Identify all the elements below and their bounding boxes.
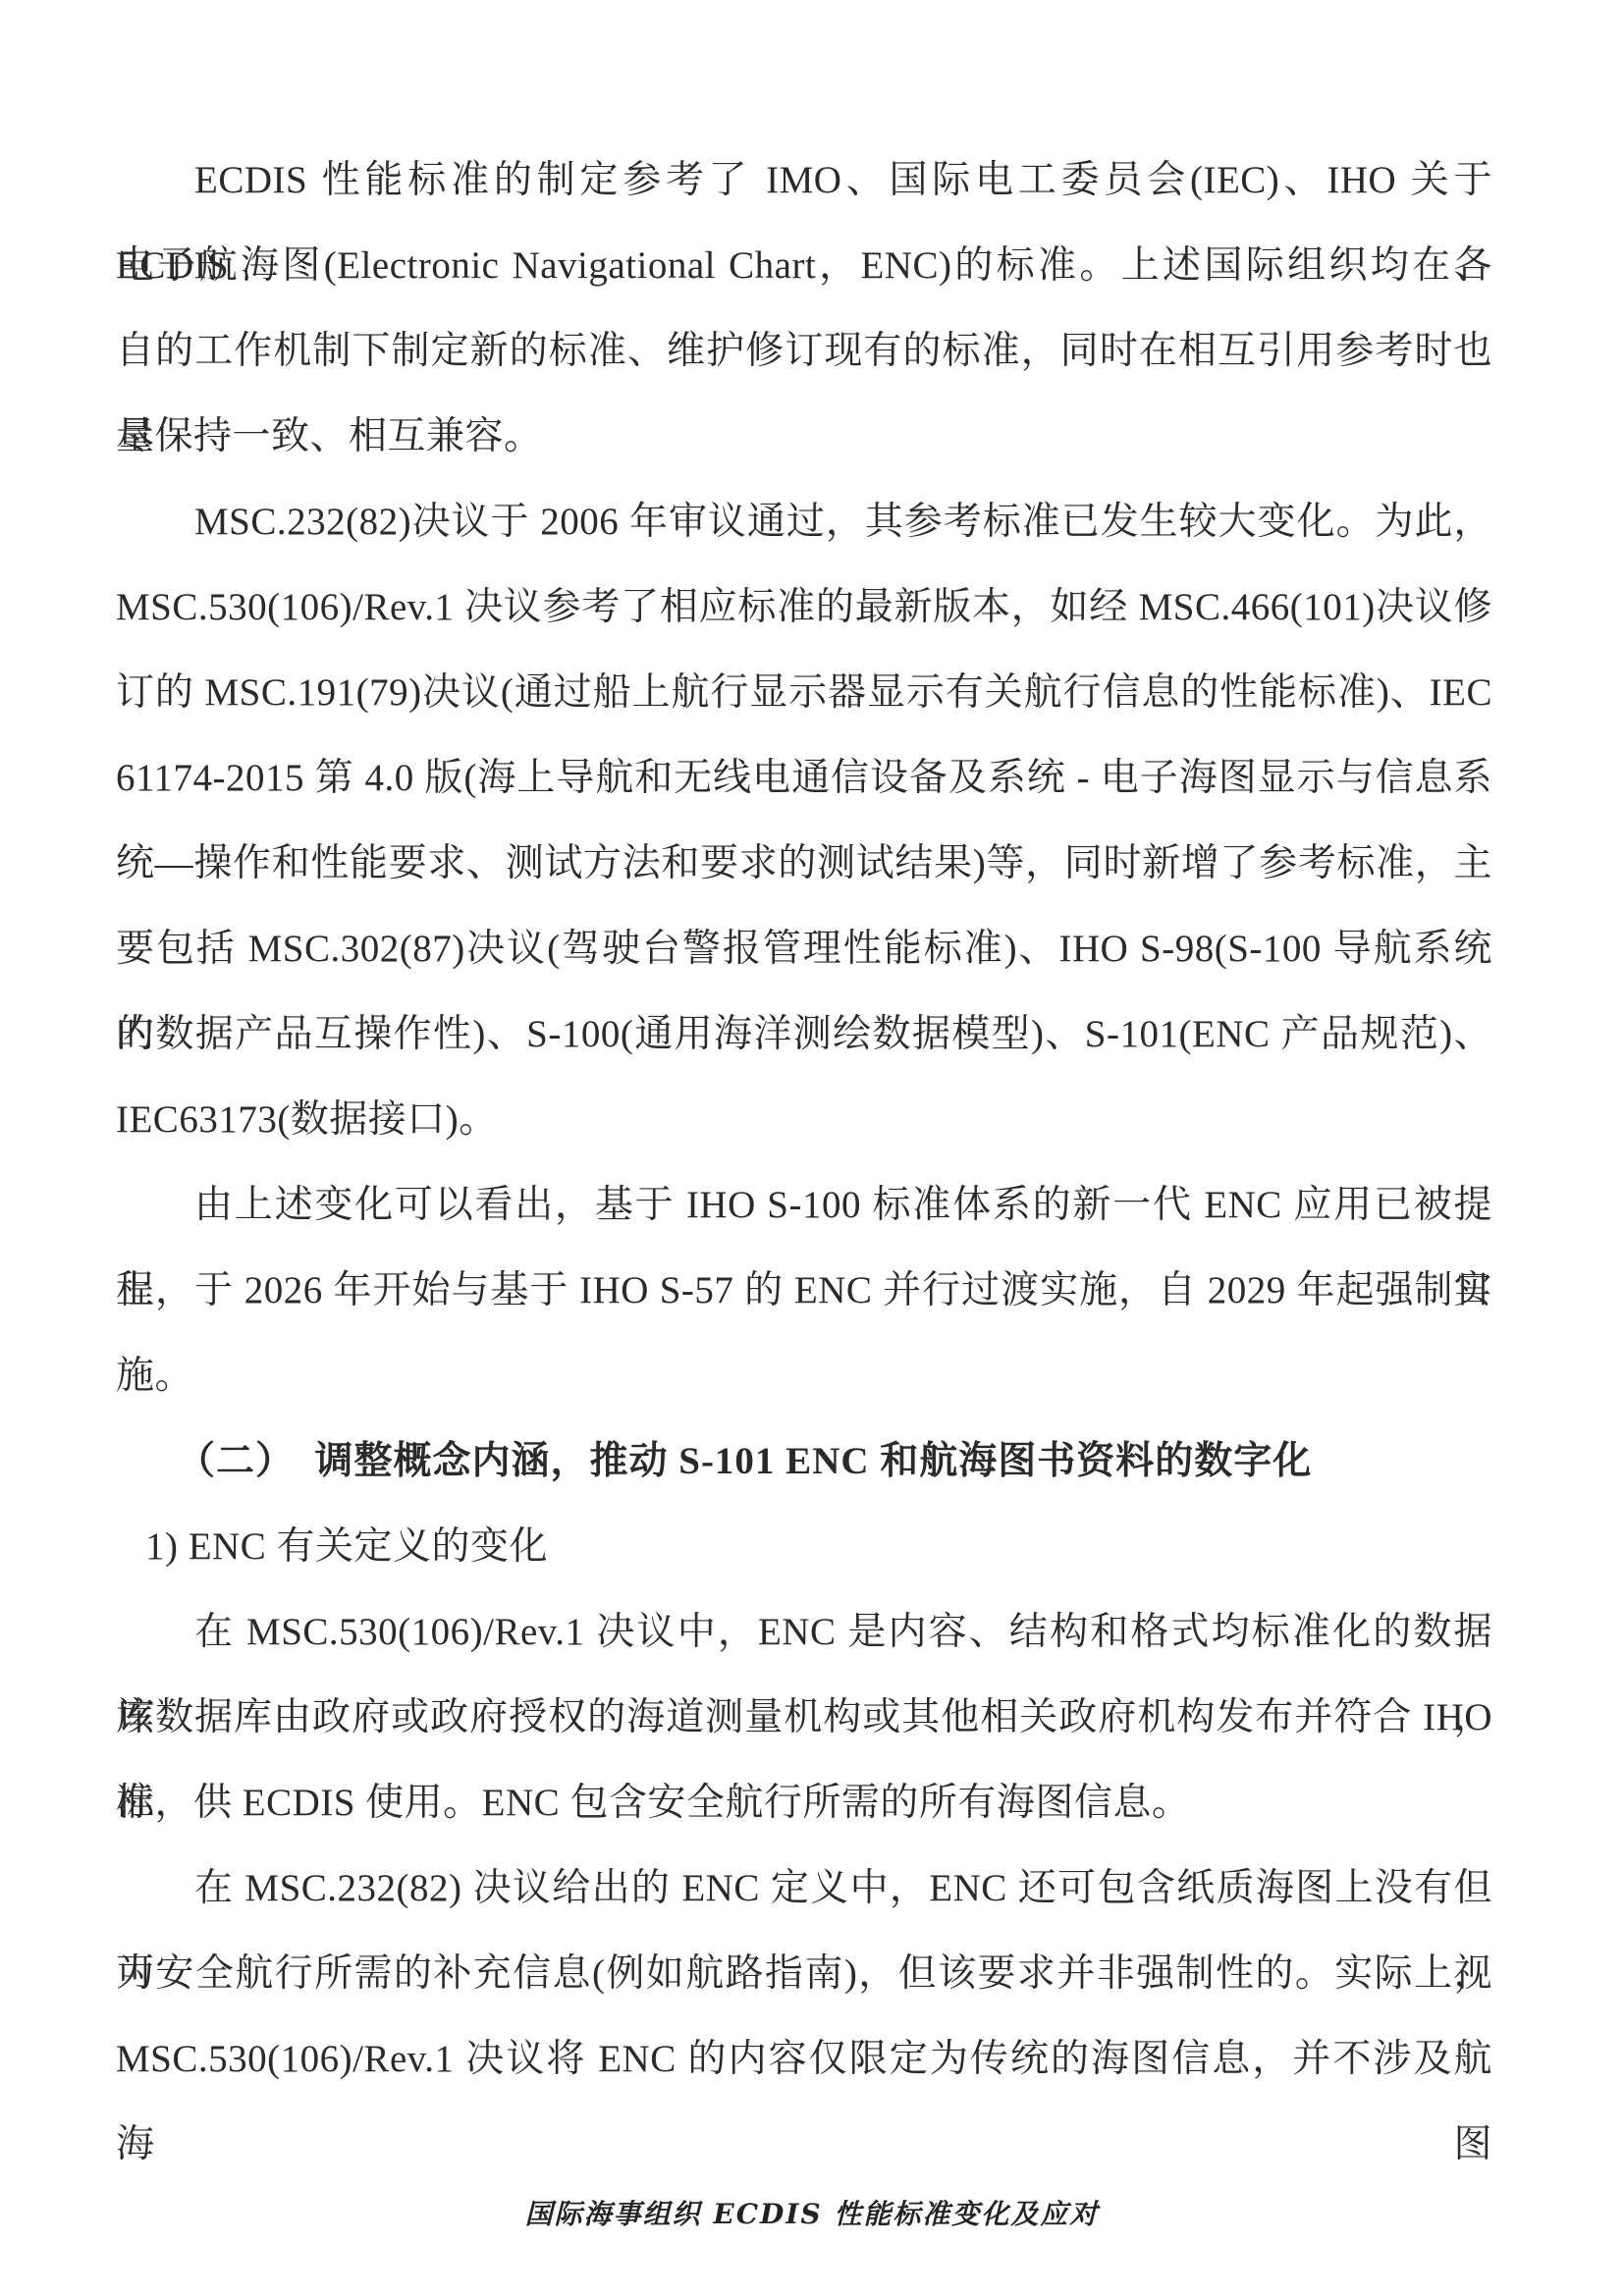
- paragraph-line: 在 MSC.232(82) 决议给出的 ENC 定义中，ENC 还可包含纸质海图…: [116, 1845, 1492, 1931]
- subsection-heading: 1) ENC 有关定义的变化: [116, 1504, 1492, 1589]
- paragraph-line: MSC.530(106)/Rev.1 决议将 ENC 的内容仅限定为传统的海图信…: [116, 2016, 1492, 2102]
- paragraph-line: 程，于 2026 年开始与基于 IHO S-57 的 ENC 并行过渡实施，自 …: [116, 1248, 1492, 1333]
- paragraph-line: MSC.530(106)/Rev.1 决议参考了相应标准的最新版本，如经 MSC…: [116, 564, 1492, 650]
- document-body: ECDIS 性能标准的制定参考了 IMO、国际电工委员会(IEC)、IHO 关于…: [116, 137, 1492, 2102]
- page-footer-title: 国际海事组织 ECDIS 性能标准变化及应对: [0, 2195, 1624, 2234]
- document-page: ECDIS 性能标准的制定参考了 IMO、国际电工委员会(IEC)、IHO 关于…: [0, 0, 1624, 2296]
- paragraph-line: 该数据库由政府或政府授权的海道测量机构或其他相关政府机构发布并符合 IHO 标: [116, 1675, 1492, 1760]
- paragraph-line: 61174-2015 第 4.0 版(海上导航和无线电通信设备及系统 - 电子海…: [116, 735, 1492, 821]
- paragraph-line: 准，供 ECDIS 使用。ENC 包含安全航行所需的所有海图信息。: [116, 1760, 1492, 1845]
- paragraph-line: 在 MSC.530(106)/Rev.1 决议中，ENC 是内容、结构和格式均标…: [116, 1589, 1492, 1675]
- paragraph-line: MSC.232(82)决议于 2006 年审议通过，其参考标准已发生较大变化。为…: [116, 479, 1492, 564]
- paragraph-line: 统—操作和性能要求、测试方法和要求的测试结果)等，同时新增了参考标准，主: [116, 821, 1492, 906]
- paragraph-line: 为安全航行所需的补充信息(例如航路指南)，但该要求并非强制性的。实际上，: [116, 1931, 1492, 2016]
- paragraph-line: ECDIS 性能标准的制定参考了 IMO、国际电工委员会(IEC)、IHO 关于…: [116, 137, 1492, 223]
- paragraph-line: 的数据产品互操作性)、S-100(通用海洋测绘数据模型)、S-101(ENC 产…: [116, 991, 1492, 1077]
- paragraph-line: 要包括 MSC.302(87)决议(驾驶台警报管理性能标准)、IHO S-98(…: [116, 906, 1492, 991]
- paragraph-line: 电子航海图(Electronic Navigational Chart，ENC)…: [116, 223, 1492, 308]
- paragraph-line: 订的 MSC.191(79)决议(通过船上航行显示器显示有关航行信息的性能标准)…: [116, 650, 1492, 735]
- section-heading: （二） 调整概念内涵，推动 S-101 ENC 和航海图书资料的数字化: [116, 1418, 1492, 1504]
- paragraph-line: 由上述变化可以看出，基于 IHO S-100 标准体系的新一代 ENC 应用已被…: [116, 1162, 1492, 1248]
- paragraph-line: 施。: [116, 1333, 1492, 1418]
- paragraph-line: 自的工作机制下制定新的标准、维护修订现有的标准，同时在相互引用参考时也尽: [116, 308, 1492, 394]
- paragraph-line: IEC63173(数据接口)。: [116, 1077, 1492, 1162]
- paragraph-line: 量保持一致、相互兼容。: [116, 394, 1492, 479]
